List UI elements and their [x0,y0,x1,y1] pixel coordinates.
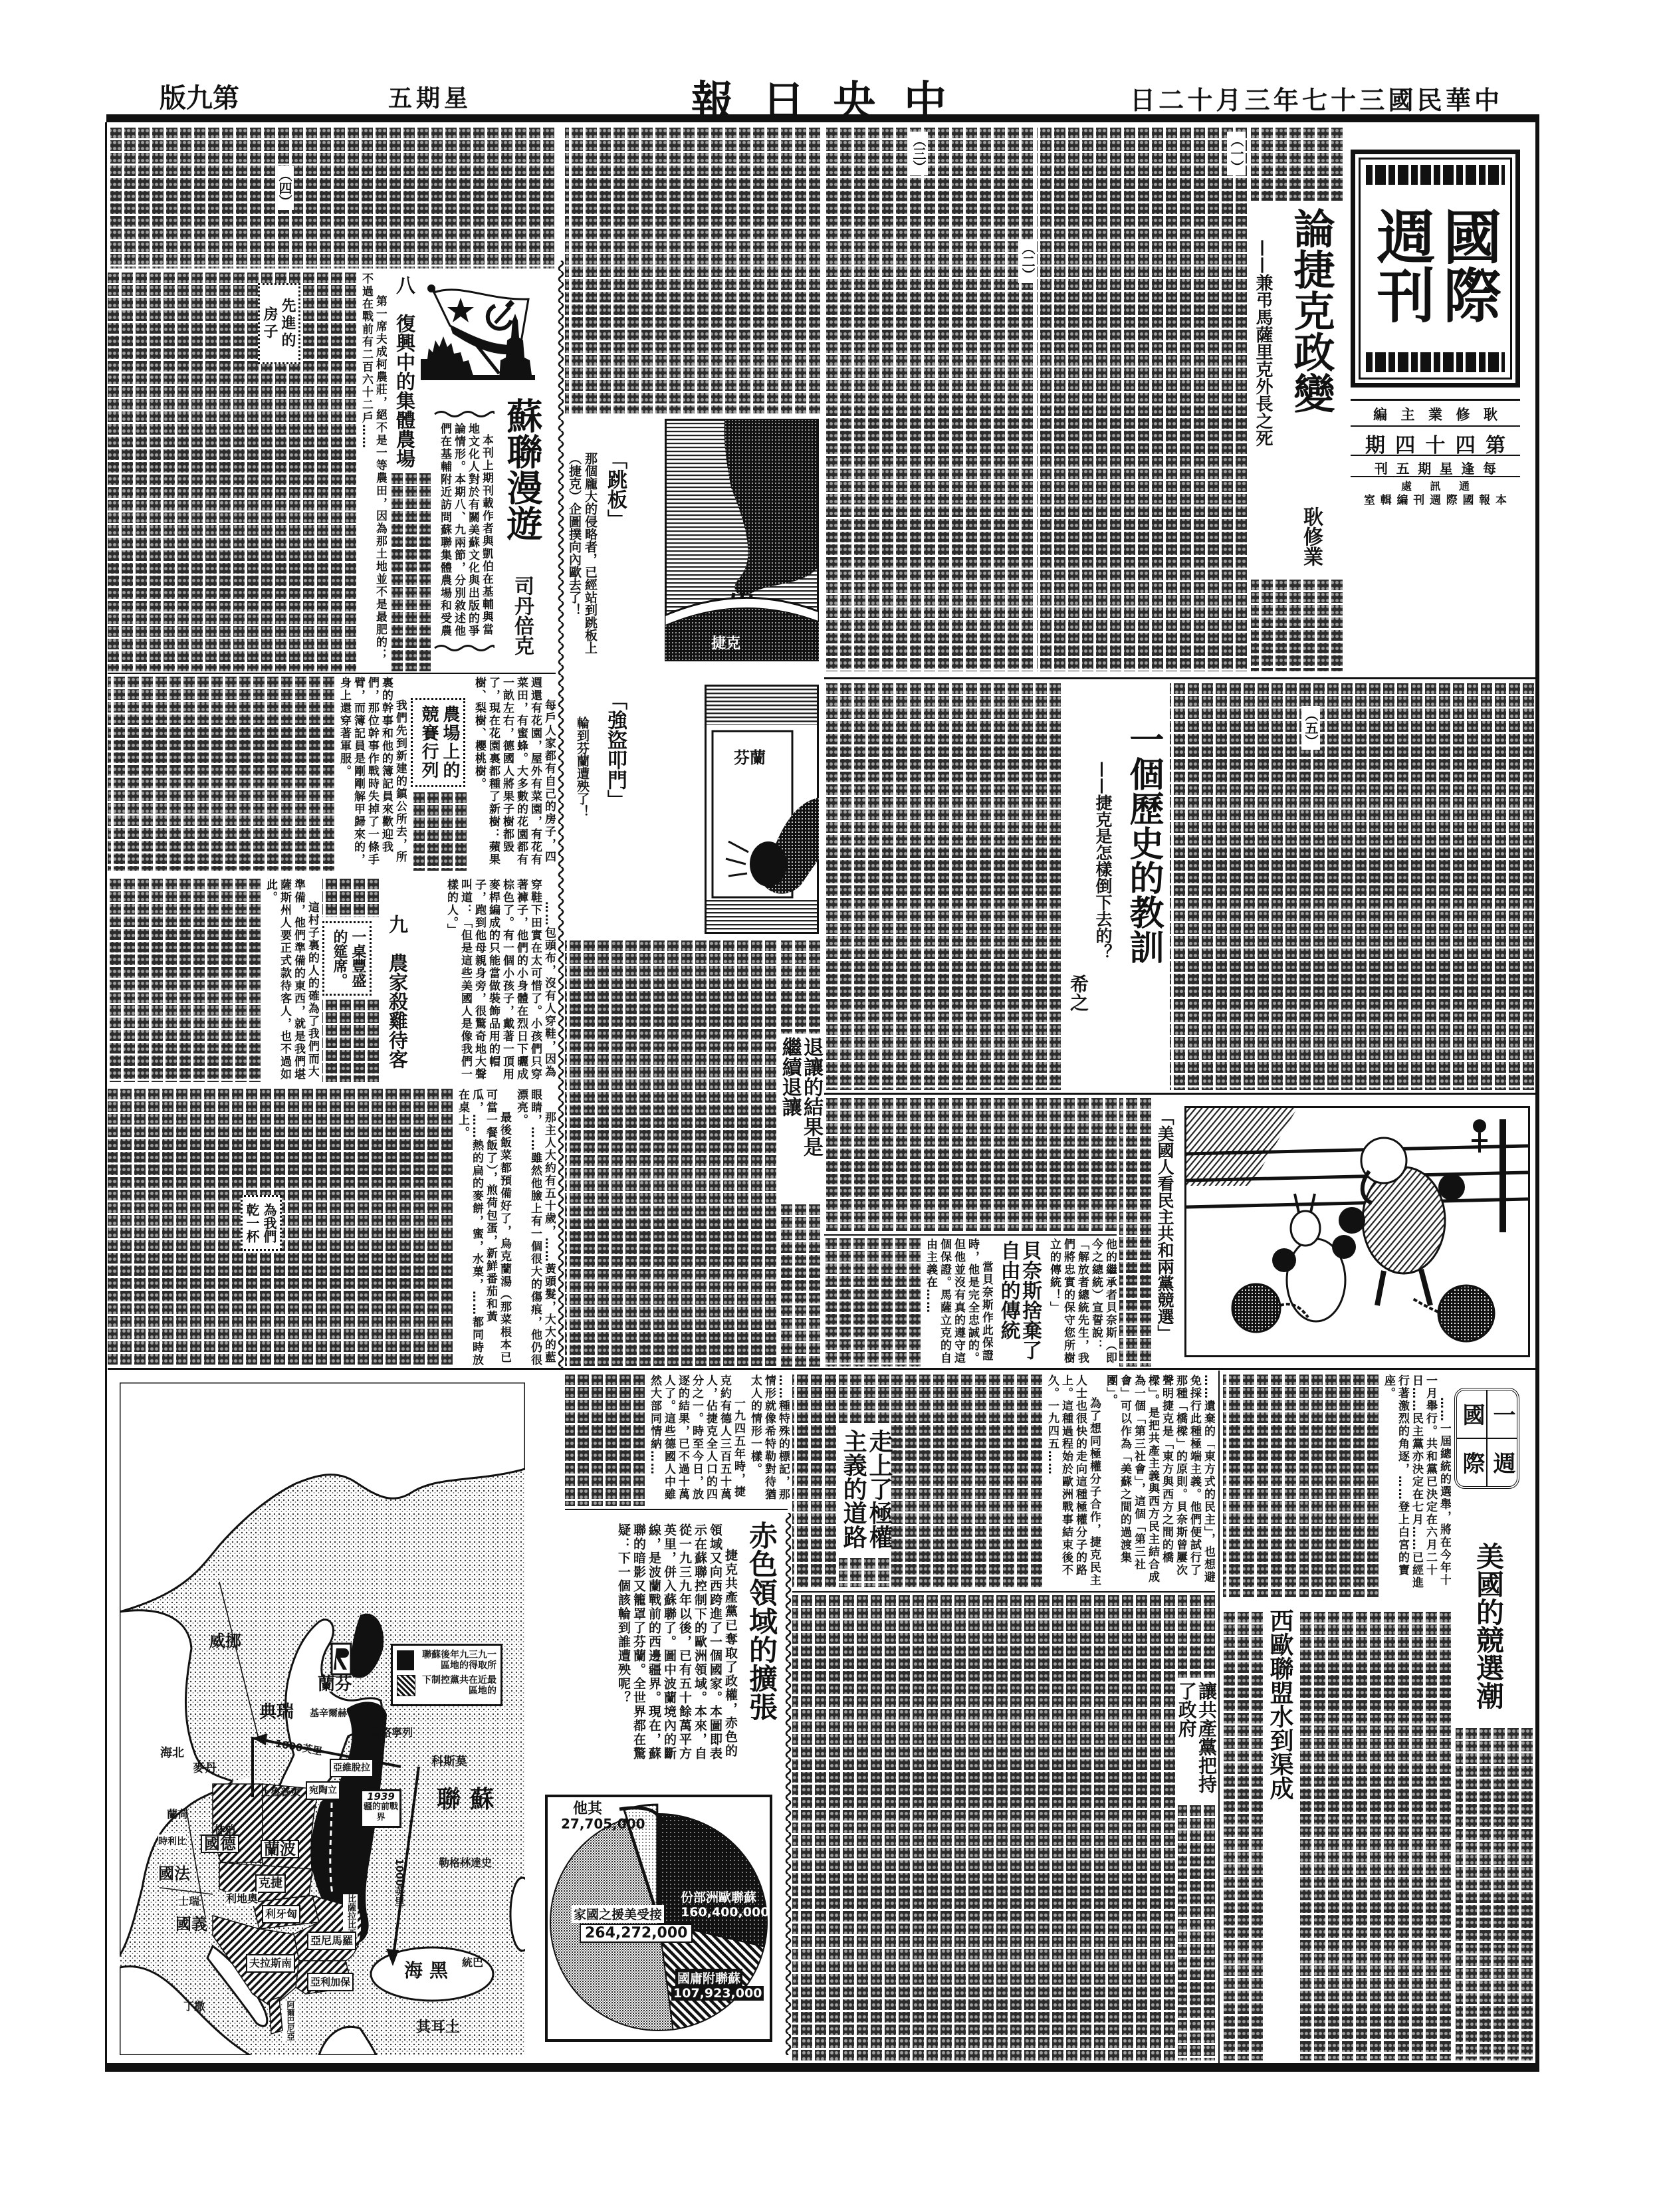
masthead-title: 國際 週刊 [1369,191,1502,339]
map-label-norway: 挪威 [209,1634,241,1648]
edition-label: 第九版 [160,77,239,112]
map-label-finland: 芬蘭 [318,1677,352,1692]
info-rule [1351,476,1520,477]
badge-cell: 際 [1457,1439,1486,1486]
pie-label-marshall-aid: 接受美援之國家 [572,1905,664,1923]
history-lesson-text-block [779,940,820,1034]
text-columns [108,879,261,1082]
czech-coup-text-block [108,128,554,269]
text-columns [1299,1612,1451,2060]
history-lesson-headline: 一個歷史的教訓 [1122,722,1162,974]
text-columns [322,1000,379,1082]
soviet-travel-text-block: 每戶人家都有自己的房子，四週還有花園，屋外有菜園，有花有菜田，有蜜蜂。大多數的花… [469,677,556,871]
text-columns [1037,128,1247,671]
info-rule [1351,425,1520,427]
section-marker-5: （五） [1301,706,1320,750]
map-label-east-prussia: 東普魯士 [261,1785,300,1799]
tier-rule [108,673,556,674]
text-columns [792,1375,836,1587]
pie-value-soviet-satellites: 107,923,000 [671,1986,764,2001]
subheading-box-modern-houses: 先進的房子 [258,283,300,364]
contact-address: 本報國際週刊編輯室 [1351,491,1520,504]
article-paragraph: 他的繼承者貝奈斯（即今之總統）宣誓說：「解放者總統先生，我們將忠實的保守您所樹立… [1044,1238,1117,1367]
text-columns [565,128,820,413]
text-columns [779,940,820,1034]
pie-label-soviet-satellites: 蘇聯附庸國 [675,1969,742,1987]
map-scale-label: 1000英里 [392,1858,407,1906]
article-paragraph: ……包頭布，沒有人穿鞋，因為穿鞋下田實在太可惜了。小孩們只穿著褲子，他們的小身體… [441,879,556,1082]
map-label-france: 法國 [158,1866,190,1881]
soviet-travel-headline: 蘇聯漫遊 [502,397,542,557]
history-lesson-text-block [839,1375,889,1425]
article-paragraph: 我們先到新建的鎮公所去，所裏的幹事和他的簿記員來歡迎我們，那位幹事作戰時失掉了一… [334,677,407,871]
tier-rule [108,1368,1537,1370]
article-paragraph: 當貝奈斯作此保證時，他是完全忠誠的。但他並沒有真的遵守這個保證。馬薩立克的自由主… [921,1238,993,1367]
soviet-travel-text-block: 我們先到新建的鎮公所去，所裏的幹事和他的簿記員來歡迎我們，那位幹事作戰時失掉了一… [108,677,407,871]
article-paragraph: 捷克共產黨已奪取了政權，赤色的領域又向西跨進了一個國家。本圖即表示在蘇聯控制下的… [613,1523,738,1771]
text-columns [839,1558,889,1587]
czech-coup-text-block [824,128,1033,671]
map-label-austria: 奧地利 [226,1892,258,1906]
map-label-italy: 義國 [175,1917,207,1932]
robber-knocking-cartoon: 芬蘭 [705,685,819,934]
red-expansion-headline: 赤色領域的擴張 [743,1521,776,1727]
history-lesson-text-block: ……種特殊的標記，那情形就像希特勒對待猶太人的情形一樣。 一九四五年時，捷克約有… [565,1375,790,1506]
masthead-title-col1: 國際 [1436,207,1502,324]
soviet-travel-text-block [322,1000,379,1082]
article-paragraph: 那主人大約有五十歲，……黃頭髮，大大的藍眼睛，……雖然他臉上有一個很大的傷痕，他… [511,1089,556,1367]
czech-coup-subtitle: ——兼弔馬薩里克外長之死 [1250,239,1272,518]
map-label-latvia: 拉脫維亞 [330,1759,374,1777]
map-label-albania: 阿爾巴尼亞 [283,2001,298,2041]
subheading-benes: 貝奈斯捨棄了自由的傳統 [995,1240,1040,1364]
history-lesson-text-block [1178,1805,1215,2060]
soviet-travel-text-block: 第一席夫成柯農莊，絕不是一等農田，因為那土地並不是最肥的；不過在戰前有二百六十二… [108,273,387,671]
article-paragraph: 每戶人家都有自己的房子，四週還有花園，屋外有菜園，有花有菜田，有蜜蜂。大多數的花… [469,677,556,871]
text-columns [411,792,467,871]
map-label-belgium: 比利時 [158,1834,186,1849]
door-label: 芬蘭 [734,748,766,767]
subheading-retreat: 退讓的結果是繼續退讓 [779,1037,822,1167]
us-election-headline: 美國的競選潮 [1474,1542,1503,1721]
us-election-text-block [1456,1728,1533,2060]
masthead-inner-frame: 國際 週刊 [1359,158,1512,380]
contact-label: 通訊處 [1351,478,1520,490]
map-label-poland: 波蘭 [261,1840,299,1858]
pie-value-marshall-aid: 264,272,000 [580,1924,693,1943]
article-paragraph: 一九四五年時，捷克約有德人三百五十萬人，佔捷克全人口的四分之一。時至今日，放逐的… [645,1375,745,1506]
badge-cell: 週 [1486,1439,1517,1486]
history-lesson-text-block: 他的繼承者貝奈斯（即今之總統）宣誓說：「解放者總統先生，我們將忠實的保守您所樹立… [1044,1238,1117,1367]
text-columns [389,473,431,671]
history-lesson-text-block [839,1558,889,1587]
article-paragraph: ……遺棄的「東方式的民主」，也想避免採行此種極端主義。他們便試行了那種「橋樑」的… [1101,1375,1215,1587]
masthead-info: 耿修業主編 第四十四期 每逢星期五刊 通訊處 本報國際週刊編輯室 [1351,396,1520,506]
header-rule [106,114,1539,122]
ring-post-icon [1499,1119,1506,1232]
text-columns [792,1595,1175,2060]
editor-credit: 耿修業主編 [1351,404,1520,423]
section-8-heading: 八 復興中的集體農場 [389,275,415,472]
newspaper-page: 第九版 星期五 中央日報 中華民國三十七年三月十二日 國際 週刊 耿修業主編 第… [0,0,1659,2212]
western-union-text-block [1223,1375,1296,1597]
red-expansion-text: 捷克共產黨已奪取了政權，赤色的領域又向西跨進了一個國家。本圖即表示在蘇聯控制下的… [545,1523,738,1771]
soviet-travel-text-block: 那主人大約有五十歲，……黃頭髮，大大的藍眼睛，……雖然他臉上有一個很大的傷痕，他… [108,1089,556,1367]
history-lesson-author: 希之 [1065,974,1088,1028]
prewar-year: 1939 [362,1791,399,1802]
article-paragraph: 這村子裏的人的確為了我們而大準備，他們準備的東西，就是我們堪薩斯州人要正式款待客… [261,879,319,1082]
tier-rule [824,1093,1537,1095]
badge-cell: 國 [1457,1390,1486,1439]
map-label-sardinia: 撒丁 [183,1999,205,2014]
pie-value-other: 27,705,000 [561,1816,645,1832]
section-marker-2: （二） [1018,239,1037,283]
fret-border-top [1366,165,1505,185]
text-columns [1178,1805,1215,2060]
legend-item-acquired: 一九三九年後蘇聯所取得的地區 [397,1650,497,1671]
subheading-totalitarian: 走上了極權主義的道路 [839,1429,892,1555]
map-label-moscow: 莫斯科 [431,1755,467,1769]
map-label-yugoslavia: 南斯拉夫 [246,1954,295,1973]
map-label-north-sea: 北海 [160,1746,184,1761]
map-legend: 一九三九年後蘇聯所取得的地區 最近在共黨控制下的地區 [391,1644,502,1706]
issue-number: 第四十四期 [1351,429,1520,453]
fret-border-bottom [1366,352,1505,372]
map-label-leningrad: 列寧格勒 [370,1725,413,1740]
soviet-travel-text-block [411,792,467,871]
text-columns [1170,683,1534,1090]
map-label-germany: 德國 [201,1834,239,1853]
text-columns [891,1375,1042,1587]
soviet-travel-text-block: ……包頭布，沒有人穿鞋，因為穿鞋下田實在太可惜了。小孩們只穿著褲子，他們的小身體… [410,879,556,1082]
wavy-column-divider [557,261,565,1368]
pie-value-soviet-european: 160,400,000 [681,1905,769,1920]
section-rule [792,1591,1215,1593]
map-label-black-sea: 黑海 [404,1963,455,1978]
us-election-text-block [1299,1612,1451,2060]
publication-schedule: 每逢星期五刊 [1351,458,1520,474]
soviet-flag-illustration [421,274,535,382]
masthead-title-col2: 週刊 [1369,207,1436,324]
history-lesson-text-block [824,1098,1117,1231]
soviet-travel-author: 司丹倍克 [508,576,532,658]
section-9-heading: 九 農家殺雞待客 [382,915,407,1074]
history-lesson-text-block [824,683,1061,1090]
badge-cell: 一 [1486,1390,1517,1439]
soviet-travel-text-block [322,879,379,917]
hatched-floor [707,899,817,932]
czech-coup-text-block [1037,128,1247,671]
text-columns [565,940,776,1366]
map-label-batumi: 巴統 [462,1955,483,1970]
czech-coup-author: 耿修業 [1296,506,1321,573]
map-label-bulgaria: 保加利亞 [307,1973,354,1991]
article-paragraph: ……種特殊的標記，那情形就像希特勒對待猶太人的情形一樣。 [745,1375,790,1506]
springboard-cartoon-title: 「跳板」 [602,449,625,536]
newspaper-name: 中央日報 [691,68,946,116]
text-columns [108,677,334,871]
election-boxing-cartoon [1184,1106,1530,1357]
map-label-ussr: 蘇聯 [437,1787,503,1813]
population-pie-chart: 其他 27,705,000 接受美援之國家 264,272,000 蘇聯歐洲部份… [545,1795,772,2042]
text-columns [565,1375,645,1506]
issue-date: 中華民國三十七年三月十二日 [1130,80,1499,110]
history-lesson-text-block [792,1375,836,1587]
article-paragraph: 最後飯菜都預備好了，烏克蘭湯（那菜根本已可當一餐飯了），煎荷包蛋，新鮮番茄和黃瓜… [453,1089,511,1367]
text-columns [1178,1595,1215,1678]
wavy-column-divider [784,1513,792,2055]
us-election-text-block: ……一屆總統的選舉，將在今年十一月舉行。共和黨已決定在六月二十日……民主黨亦決定… [1299,1375,1451,1597]
text-columns [1251,580,1343,671]
article-paragraph: 第一席夫成柯農莊，絕不是一等農田，因為那土地並不是最肥的；不過在戰前有二百六十二… [356,273,387,671]
column-divider [1218,1371,1220,2063]
text-columns [1251,128,1343,201]
map-label-switzerland: 瑞士 [178,1894,199,1909]
legend-label: 最近在共黨控制下的地區 [419,1675,497,1696]
soviet-travel-intro: 本刊上期刊載作者與凱伯在基輔與當地文化人對於有關美蘇文化與出版的爭論情形。本期八… [439,423,493,642]
history-lesson-text-block: ……遺棄的「東方式的民主」，也想避免採行此種極端主義。他們便試行了那種「橋樑」的… [891,1375,1215,1587]
soviet-travel-text-block: 這村子裏的人的確為了我們而大準備，他們準備的東西，就是我們堪薩斯州人要正式款待客… [108,879,319,1082]
article-paragraph: 為了想同極權分子合作，捷克民主人士也很快的走向這種極權分子的路上。這種過程始於歐… [1042,1375,1101,1587]
prewar-border-label: 戰前的疆界 [362,1802,399,1823]
robber-cartoon-caption: 輪到芬蘭遭殃了！ [570,717,589,856]
wavy-ornament-bottom [433,643,495,653]
weekly-masthead-box: 國際 週刊 [1351,150,1520,387]
wavy-ornament-top [433,409,495,419]
text-columns [322,879,379,917]
map-label-turkey: 土耳其 [416,2021,460,2035]
map-label-denmark: 丹麥 [193,1761,217,1776]
prewar-border-callout: 1939 戰前的疆界 [360,1789,401,1828]
text-columns [824,1098,1117,1231]
pie-label-soviet-european: 蘇聯歐洲部份 [681,1888,756,1906]
map-label-stalingrad: 史達林格勒 [439,1856,492,1870]
subheading-box-feast: 一桌豐盛的筵席。 [322,921,372,996]
legend-swatch-hatched [397,1675,415,1696]
article-paragraph: ……一屆總統的選舉，將在今年十一月舉行。共和黨已決定在六月二十日……民主黨亦決定… [1379,1375,1451,1597]
text-columns [1456,1728,1533,2060]
article-text-block [1251,128,1343,201]
weekly-review-badge: 一 國 週 際 [1454,1388,1519,1489]
tier-rule [824,677,1537,679]
subheading-communist-government: 讓共產黨把持了政府 [1178,1682,1216,1801]
western-union-headline: 西歐聯盟水到渠成 [1266,1608,1293,1815]
text-columns [108,273,356,671]
page-border-bottom [105,2063,1539,2072]
history-lesson-text-block: 當貝奈斯作此保證時，他是完全忠誠的。但他並沒有真的遵守這個保證。馬薩立克的自由主… [824,1238,993,1367]
hatched-sky [707,687,817,725]
springboard-cartoon: 捷克 [665,419,819,661]
czech-coup-headline: 論捷克政變 [1279,207,1333,427]
finland-emblem-icon [332,1644,351,1674]
intro-paragraph: 本刊上期刊載作者與凱伯在基輔與當地文化人對於有關美蘇文化與出版的爭論情形。本期八… [439,423,493,642]
text-columns [1223,1612,1263,2060]
robber-cartoon-title: 「強盜叩門」 [600,690,625,823]
czech-coup-section-5-text [1170,683,1534,1090]
weekday-label: 星期五 [388,80,468,110]
map-label-sweden: 瑞典 [259,1705,294,1719]
section-marker-3: （三） [909,132,928,175]
text-columns [1119,1098,1151,1367]
history-lesson-subtitle: ——捷克是怎樣倒下去的？ [1092,761,1112,1034]
text-columns [824,1238,921,1367]
section-rule [824,1234,1117,1236]
text-columns [824,683,1061,1090]
map-label-czechoslovakia: 捷克 [255,1874,286,1893]
info-rule [1351,455,1520,456]
legend-item-controlled: 最近在共黨控制下的地區 [397,1675,497,1696]
text-columns [824,128,1033,671]
plank-label: 捷克 [711,635,740,652]
section-rule [565,1509,788,1510]
history-lesson-text-block [1119,1098,1151,1367]
map-label-lithuania: 立陶宛 [306,1781,340,1800]
pie-label-other: 其他 [573,1797,602,1818]
section-marker-4: （四） [275,166,294,210]
section-marker-1: （一） [1227,132,1246,175]
springboard-cartoon-caption: 那個龐大的侵略者，已經站到跳板上（捷克）企圖撲向內歐去了！ [565,452,598,671]
text-columns [1299,1375,1379,1597]
europe-soviet-expansion-map: 挪威 瑞典 芬蘭 赫爾辛基 列寧格勒 北海 丹麥 莫斯科 拉脫維亞 東普魯士 立… [120,1382,525,2055]
history-lesson-text-block [792,1595,1175,2060]
western-union-text-block [1223,1612,1263,2060]
history-lesson-text-block [565,940,776,1366]
map-label-netherlands: 荷蘭 [167,1807,188,1822]
legend-swatch-black [397,1650,414,1670]
map-label-romania: 羅馬尼亞 [307,1932,356,1950]
czech-coup-text-block [565,128,820,413]
subheading-box-toast: 為我們乾一杯 [241,1195,282,1251]
fist-icon [750,841,787,887]
subheading-box-farm-competition: 農場上的競賽行列 [411,698,465,787]
text-columns [839,1375,889,1425]
text-columns [108,128,554,269]
map-label-hungary: 匈牙利 [262,1905,300,1924]
history-lesson-text-block [779,1204,820,1367]
text-columns [779,1204,820,1367]
soviet-travel-text-block [389,473,431,671]
info-rule [1351,399,1520,401]
article-text-block [1251,580,1343,671]
map-label-helsinki: 赫爾辛基 [310,1706,347,1721]
text-columns [1223,1375,1296,1597]
page-border-left [105,122,107,2064]
history-lesson-text-block [1178,1595,1215,1678]
election-cartoon-title: 「美國人看民主共和兩黨競選」 [1154,1109,1174,1356]
legend-label: 一九三九年後蘇聯所取得的地區 [418,1650,497,1671]
